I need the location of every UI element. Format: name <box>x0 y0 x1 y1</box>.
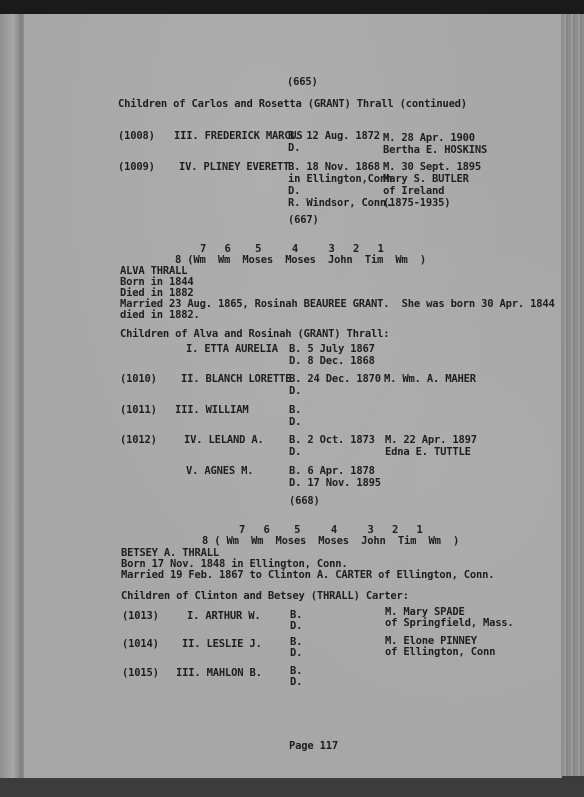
child-name: I. ETTA AURELIA <box>186 343 278 356</box>
child-id: (1010) <box>120 373 157 386</box>
book-gutter <box>0 14 22 784</box>
lineage-names: 8 ( Wm Wm Moses Moses John Tim Wm ) <box>202 535 459 548</box>
scanned-page-frame: (665) Children of Carlos and Rosetta (GR… <box>0 0 584 797</box>
child-death: D. <box>290 620 302 633</box>
child-birthplace: in Ellington,Conn <box>288 173 392 186</box>
child-death: D. 17 Nov. 1895 <box>289 477 381 490</box>
section-ref-668: (668) <box>289 495 320 508</box>
child-name: IV. LELAND A. <box>184 434 264 447</box>
child-name: V. AGNES M. <box>186 465 253 478</box>
child-birth: B. 2 Oct. 1873 <box>289 434 375 447</box>
page-stack-edge <box>561 14 584 776</box>
child-residence: R. Windsor, Conn. <box>288 197 392 210</box>
children-heading: Children of Carlos and Rosetta (GRANT) T… <box>118 98 467 111</box>
child-spouse-origin: of Springfield, Mass. <box>385 617 514 630</box>
child-id: (1013) <box>122 610 159 623</box>
person-detail: died in 1882. <box>120 309 200 322</box>
children-heading: Children of Alva and Rosinah (GRANT) Thr… <box>120 328 389 341</box>
child-death: D. <box>289 416 301 429</box>
child-name: IV. PLINEY EVERETT <box>179 161 289 174</box>
scan-background <box>0 778 584 797</box>
child-death: D. <box>288 142 300 155</box>
child-id: (1009) <box>118 161 155 174</box>
child-death: D. 8 Dec. 1868 <box>289 355 375 368</box>
child-name: II. BLANCH LORETTE <box>181 373 291 386</box>
section-ref-665: (665) <box>287 76 318 89</box>
child-spouse-dates: (1875-1935) <box>383 197 450 210</box>
child-name: I. ARTHUR W. <box>187 610 260 623</box>
document-page: (665) Children of Carlos and Rosetta (GR… <box>22 14 562 780</box>
children-heading: Children of Clinton and Betsey (THRALL) … <box>121 590 409 603</box>
child-name: III. MAHLON B. <box>176 667 262 680</box>
section-ref-667: (667) <box>288 214 319 227</box>
child-death: D. <box>290 647 302 660</box>
lineage-names: 8 (Wm Wm Moses Moses John Tim Wm ) <box>175 254 426 267</box>
child-id: (1014) <box>122 638 159 651</box>
child-name: III. WILLIAM <box>175 404 248 417</box>
child-death: D. <box>290 676 302 689</box>
child-spouse-origin: of Ellington, Conn <box>385 646 495 659</box>
child-name: III. FREDERICK MARCUS <box>174 130 303 143</box>
page-number: Page 117 <box>289 740 338 753</box>
child-spouse: Bertha E. HOSKINS <box>383 144 487 157</box>
child-id: (1015) <box>122 667 159 680</box>
child-name: II. LESLIE J. <box>182 638 262 651</box>
child-birth: B. 24 Dec. 1870 <box>289 373 381 386</box>
child-marriage: M. Wm. A. MAHER <box>384 373 476 386</box>
child-id: (1011) <box>120 404 157 417</box>
person-detail: Married 19 Feb. 1867 to Clinton A. CARTE… <box>121 569 494 582</box>
child-spouse: Edna E. TUTTLE <box>385 446 471 459</box>
child-id: (1012) <box>120 434 157 447</box>
child-death: D. <box>289 385 301 398</box>
child-id: (1008) <box>118 130 155 143</box>
child-death: D. <box>289 446 301 459</box>
child-birth: B. 12 Aug. 1872 <box>288 130 380 143</box>
